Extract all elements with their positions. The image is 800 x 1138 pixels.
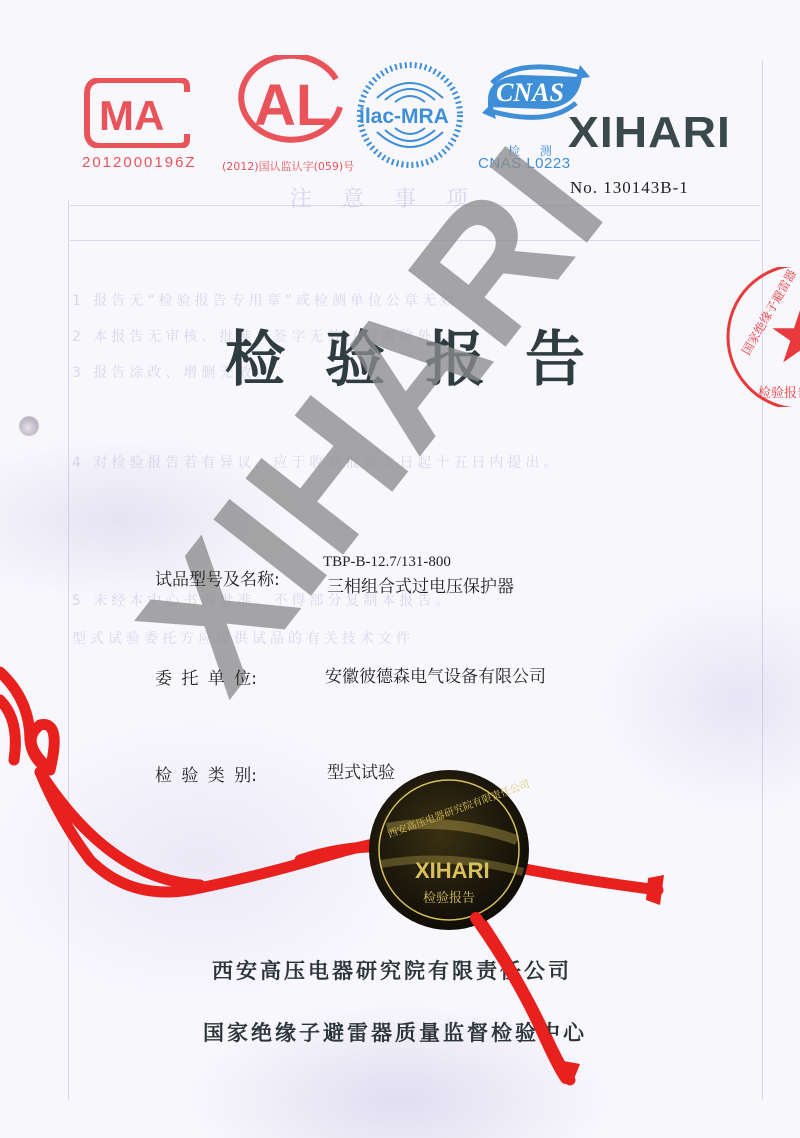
field-label-test-type: 检 验 类 别: [155, 761, 257, 786]
svg-text:AL: AL [254, 73, 331, 138]
cal-logo-icon: AL [238, 55, 348, 145]
cal-code: (2012)国认监认字(059)号 [222, 158, 354, 174]
svg-text:CNAS: CNAS [496, 78, 564, 107]
field-value-client: 安徽彼德森电气设备有限公司 [325, 662, 546, 687]
issuer-center: 国家绝缘子避雷器质量监督检验中心 [203, 1017, 587, 1047]
svg-text:ilac-MRA: ilac-MRA [359, 105, 449, 128]
red-seal-icon: 国家绝缘子避雷器 检验报告 [718, 267, 800, 407]
xihari-brand-logo: XIHARI [568, 108, 731, 158]
ghost-border [762, 60, 763, 1100]
svg-text:XIHARI: XIHARI [415, 858, 490, 883]
gold-seal-icon: XIHARI 检验报告 西安高压电器研究院有限责任公司 [367, 768, 531, 932]
punch-hole [20, 417, 38, 435]
issuer-company: 西安高压电器研究院有限责任公司 [212, 955, 572, 985]
field-value-model: TBP-B-12.7/131-800 [323, 554, 451, 571]
cma-logo-icon: MA [83, 78, 195, 148]
svg-text:MA: MA [99, 92, 164, 139]
field-label-sample: 试品型号及名称: [155, 565, 280, 590]
field-label-client: 委 托 单 位: [155, 664, 257, 689]
field-value-sample-name: 三相组合式过电压保护器 [327, 572, 514, 597]
red-seal-text: 检验报告 [758, 385, 800, 401]
ghost-border [68, 200, 69, 1100]
cma-code: 2012000196Z [82, 154, 197, 171]
svg-text:检验报告: 检验报告 [423, 890, 475, 906]
